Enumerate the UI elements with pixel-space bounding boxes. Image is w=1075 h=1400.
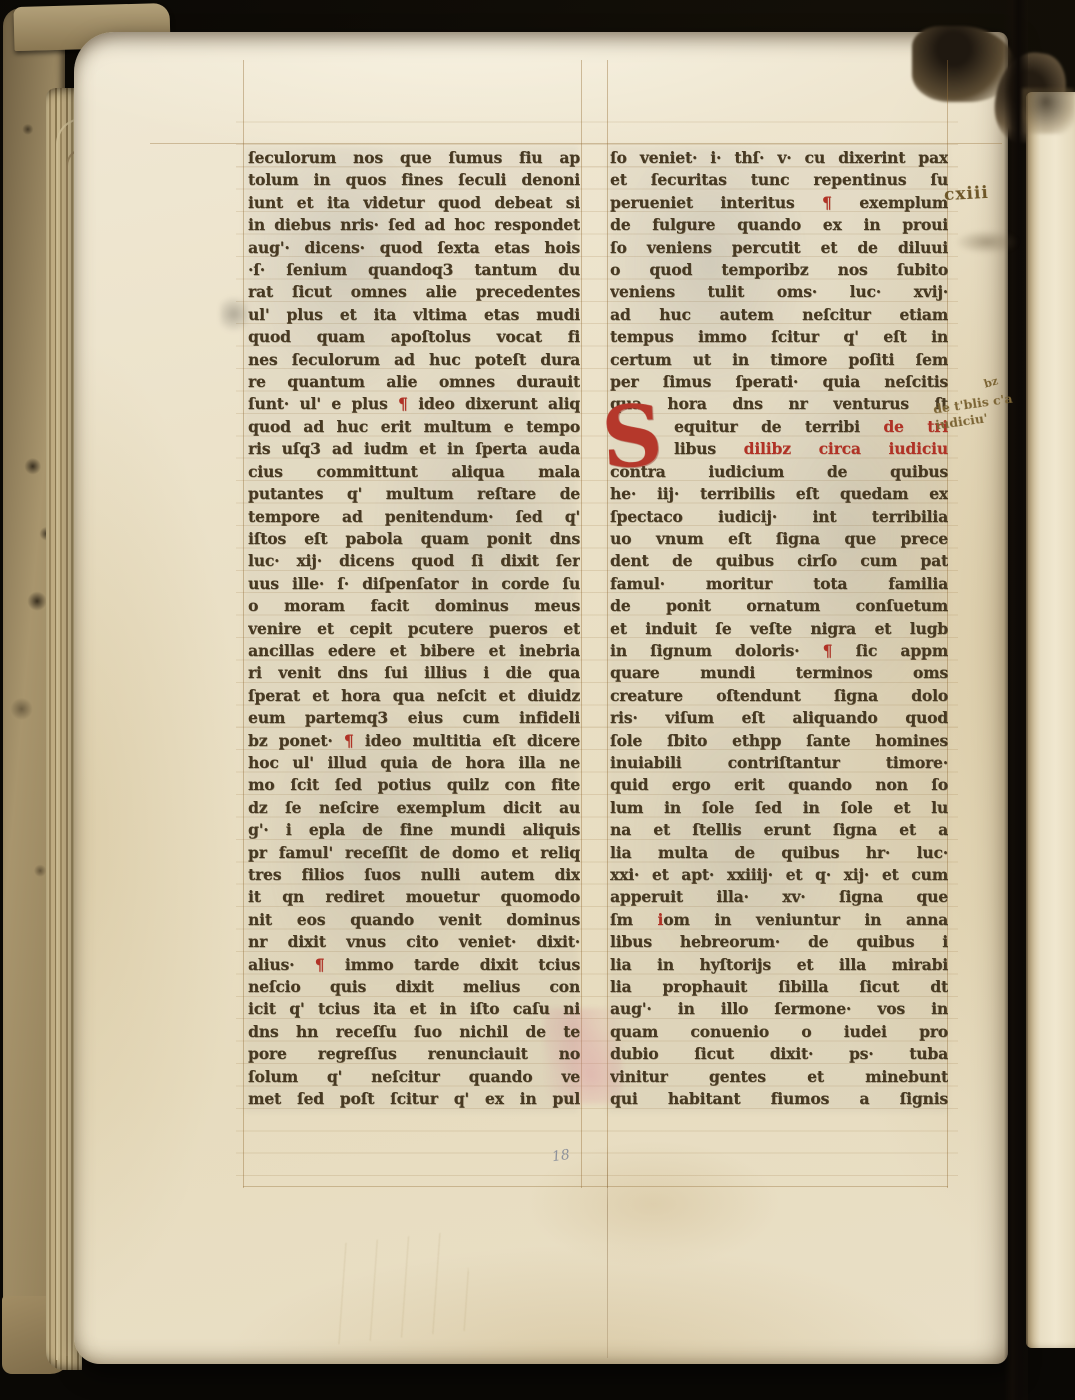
manuscript-text-line: in ſignum doloris· ¶ ſic appm <box>610 640 948 662</box>
manuscript-text-line: pr famul' receſſit de domo et reliq <box>248 842 580 864</box>
ink-text: ris· viſum eſt aliquando quod <box>610 708 948 727</box>
ink-text: quam conuenio o iudei pro <box>610 1022 948 1041</box>
manuscript-text-line: aug'· in illo ſermone· vos in <box>610 998 948 1020</box>
ink-text: qui habitant fiumos a ſignis <box>610 1089 948 1108</box>
ink-text: libus <box>674 439 744 458</box>
manuscript-text-line: nit eos quando venit dominus <box>248 909 580 931</box>
manuscript-text-line: tolum in quos fines ſeculi denoni <box>248 169 580 191</box>
manuscript-text-line: ſo veniet· i· thſ· v· cu dixerint pax <box>610 147 948 169</box>
ink-text: lum in ſole ſed in ſole et lu <box>610 798 948 817</box>
pencil-foliation-number: 18 <box>551 1147 571 1165</box>
ink-text: lia in hyſtorijs et illa mirabi <box>610 955 948 974</box>
ink-text: dz ſe neſcire exemplum dicit au <box>248 798 580 817</box>
ink-text: lia prophauit ſibilla ſicut dt <box>610 977 948 996</box>
manuscript-text-line: eum partemq3 eius cum infideli <box>248 707 580 729</box>
ink-text: uo vnum eſt ſigna que prece <box>610 529 948 548</box>
parchment-crease <box>607 1140 608 1358</box>
ink-text: g'· i epla de fine mundi aliquis <box>248 820 580 839</box>
ink-text: nes ſeculorum ad huc poteſt dura <box>248 350 580 369</box>
ink-text: na et ſtellis erunt ſigna et a <box>610 820 948 839</box>
torn-top-edge <box>86 26 998 41</box>
manuscript-text-line: iſtos eſt pabola quam ponit dns <box>248 528 580 550</box>
margin-smudge <box>220 292 248 336</box>
ink-text: rat ſicut omnes alie precedentes <box>248 282 580 301</box>
ink-text: immo tarde dixit tcius <box>324 955 580 974</box>
ink-text: hoc ul' illud quia de hora illa ne <box>248 753 580 772</box>
manuscript-text-line: tres filios ſuos nulli autem dix <box>248 864 580 886</box>
faded-offset-mark <box>956 230 1018 254</box>
text-column-left: ſeculorum nos que ſumus fiu aptolum in q… <box>248 147 580 1110</box>
rubric-text: ¶ <box>822 193 832 212</box>
parchment-scratches <box>315 1230 475 1345</box>
ink-text: pr famul' receſſit de domo et reliq <box>248 843 580 862</box>
ink-text: ſpectaco iudicij· int terribilia <box>610 507 948 526</box>
manuscript-text-line: ·ſ· ſenium quandoq3 tantum du <box>248 259 580 281</box>
ink-text: aug'· in illo ſermone· vos in <box>610 999 948 1018</box>
ink-text: nr dixit vnus cito veniet· dixit· <box>248 932 580 951</box>
manuscript-text-line: dubio ſicut dixit· ps· tuba <box>610 1043 948 1065</box>
manuscript-text-line: perueniet interitus ¶ exemplum <box>610 192 948 214</box>
rubric-text: ¶ <box>315 955 325 974</box>
ink-text: ſo veniens percutit et de diluui <box>610 238 948 257</box>
manuscript-text-line: g'· i epla de fine mundi aliquis <box>248 819 580 841</box>
ink-text: ſm <box>610 910 657 929</box>
ink-text: it qn rediret mouetur quomodo <box>248 887 580 906</box>
ink-text: de ponit ornatum conſuetum <box>610 596 948 615</box>
manuscript-text-line: na et ſtellis erunt ſigna et a <box>610 819 948 841</box>
manuscript-text-line: met ſed poſt ſcitur q' ex in pul <box>248 1088 580 1110</box>
ink-text: icit q' tcius ita et in iſto caſu ni <box>248 999 580 1018</box>
ink-text: apperuit illa· xv· ſigna que <box>610 887 948 906</box>
manuscript-text-line: nr dixit vnus cito veniet· dixit· <box>248 931 580 953</box>
manuscript-text-line: qui habitant fiumos a ſignis <box>610 1088 948 1110</box>
ink-text: quod ad huc erit multum e tempo <box>248 417 580 436</box>
ink-text: met ſed poſt ſcitur q' ex in pul <box>248 1089 580 1108</box>
manuscript-text-line: uo vnum eſt ſigna que prece <box>610 528 948 550</box>
ink-text: quare mundi terminos oms <box>610 663 948 682</box>
manuscript-text-line: xxi· et apt· xxiiij· et q· xij· et cum <box>610 864 948 886</box>
ink-text: nit eos quando venit dominus <box>248 910 580 929</box>
folio-number: cxiii <box>944 183 990 205</box>
manuscript-text-line: ſperat et hora qua neſcit et diuidz <box>248 685 580 707</box>
manuscript-text-line: ſeculorum nos que ſumus fiu ap <box>248 147 580 169</box>
ink-text: dent de quibus cirſo cum pat <box>610 551 948 570</box>
ink-text: quod quam apoſtolus vocat fi <box>248 327 580 346</box>
manuscript-text-line: rat ſicut omnes alie precedentes <box>248 281 580 303</box>
ink-text: et ſecuritas tunc repentinus ſu <box>610 170 948 189</box>
ink-text: perueniet interitus <box>610 193 822 212</box>
ink-text: ſolum q' neſcitur quando ve <box>248 1067 580 1086</box>
ink-text: re quantum alie omnes durauit <box>248 372 580 391</box>
ink-text: aug'· dicens· quod ſexta etas hois <box>248 238 580 257</box>
ink-text: per ſimus ſperati· quia neſcitis <box>610 372 948 391</box>
ink-text: vinitur gentes et minebunt <box>610 1067 948 1086</box>
manuscript-text-line: quod quam apoſtolus vocat fi <box>248 326 580 348</box>
ink-text: inuiabili contriſtantur timore· <box>610 753 948 772</box>
ink-text: ſeculorum nos que ſumus fiu ap <box>248 148 580 167</box>
facing-page-edge <box>1026 92 1075 1348</box>
manuscript-text-line: ſole ſbito ethpp ſante homines <box>610 730 948 752</box>
ink-text: equitur de terribi <box>674 417 883 436</box>
manuscript-text-line: tempus immo ſcitur q' eſt in <box>610 326 948 348</box>
ink-text: eum partemq3 eius cum infideli <box>248 708 580 727</box>
ink-text: om in veniuntur in anna <box>663 910 948 929</box>
ink-text: ſo veniet· i· thſ· v· cu dixerint pax <box>610 148 948 167</box>
ink-text: ·ſ· ſenium quandoq3 tantum du <box>248 260 580 279</box>
manuscript-text-line: lum in ſole ſed in ſole et lu <box>610 797 948 819</box>
manuscript-text-line: et ſecuritas tunc repentinus ſu <box>610 169 948 191</box>
manuscript-text-line: ſunt· ul' e plus ¶ ideo dixerunt aliq <box>248 393 580 415</box>
manuscript-text-line: mo ſcit ſed potius quilz con fite <box>248 774 580 796</box>
manuscript-text-line: re quantum alie omnes durauit <box>248 371 580 393</box>
manuscript-text-line: ri venit dns ſui illius i die qua <box>248 662 580 684</box>
ink-text: iunt et ita videtur quod debeat si <box>248 193 580 212</box>
ink-text: in diebus nris· ſed ad hoc respondet <box>248 215 580 234</box>
ink-text: pore regreſſus renunciauit no <box>248 1044 580 1063</box>
rubric-text: ¶ <box>398 394 408 413</box>
manuscript-text-line: tempore ad penitendum· ſed q' <box>248 506 580 528</box>
manuscript-text-line: ad huc autem neſcitur etiam <box>610 304 948 326</box>
ink-text: putantes q' multum reſtare de <box>248 484 580 503</box>
ink-text: in ſignum doloris· <box>610 641 823 660</box>
ink-text: xxi· et apt· xxiiij· et q· xij· et cum <box>610 865 948 884</box>
text-column-right: ſo veniet· i· thſ· v· cu dixerint paxet … <box>610 147 948 1110</box>
manuscript-text-line: ul' plus et ita vltima etas mudi <box>248 304 580 326</box>
rubricated-initial-s: S <box>600 402 670 481</box>
ink-text: ideo dixerunt aliq <box>408 394 580 413</box>
ink-text: ancillas edere et bibere et inebria <box>248 641 580 660</box>
ink-text: ſic appm <box>832 641 948 660</box>
ink-text: ſole ſbito ethpp ſante homines <box>610 731 948 750</box>
ink-text: ad huc autem neſcitur etiam <box>610 305 948 324</box>
manuscript-text-line: quare mundi terminos oms <box>610 662 948 684</box>
ink-text: ri venit dns ſui illius i die qua <box>248 663 580 682</box>
ink-text: luc· xij· dicens quod ſi dixit ſer <box>248 551 580 570</box>
ink-text: he· iij· terribilis eſt quedam ex <box>610 484 948 503</box>
ink-text: ideo multitia eſt dicere <box>354 731 580 750</box>
manuscript-text-line: per ſimus ſperati· quia neſcitis <box>610 371 948 393</box>
manuscript-text-line: quam conuenio o iudei pro <box>610 1021 948 1043</box>
manuscript-text-line: certum ut in timore poſiti ſem <box>610 349 948 371</box>
manuscript-text-line: o quod temporibz nos ſubito <box>610 259 948 281</box>
manuscript-text-line: vinitur gentes et minebunt <box>610 1066 948 1088</box>
ink-text: tolum in quos fines ſeculi denoni <box>248 170 580 189</box>
manuscript-text-line: hoc ul' illud quia de hora illa ne <box>248 752 580 774</box>
manuscript-text-line: veniens tulit oms· luc· xvij· <box>610 281 948 303</box>
ink-text: tempore ad penitendum· ſed q' <box>248 507 580 526</box>
manuscript-text-line: apperuit illa· xv· ſigna que <box>610 886 948 908</box>
manuscript-text-line: dns hn receſſu ſuo nichil de te <box>248 1021 580 1043</box>
manuscript-text-line: uus ille· ſ· diſpenſator in corde ſu <box>248 573 580 595</box>
vertical-ruling-line <box>243 60 244 1188</box>
manuscript-text-line: putantes q' multum reſtare de <box>248 483 580 505</box>
ink-text: exemplum <box>832 193 948 212</box>
page-gutter-shadow <box>1004 0 1028 1400</box>
manuscript-text-line: inuiabili contriſtantur timore· <box>610 752 948 774</box>
ink-text: ul' plus et ita vltima etas mudi <box>248 305 580 324</box>
manuscript-text-line: ancillas edere et bibere et inebria <box>248 640 580 662</box>
manuscript-text-line: venire et cepit pcutere pueros et <box>248 618 580 640</box>
manuscript-text-line: pore regreſſus renunciauit no <box>248 1043 580 1065</box>
ink-text: quid ergo erit quando non ſo <box>610 775 948 794</box>
ink-text: tres filios ſuos nulli autem dix <box>248 865 580 884</box>
manuscript-text-line: ris uſq3 ad iudm et in ſperta auda <box>248 438 580 460</box>
manuscript-text-line: in diebus nris· ſed ad hoc respondet <box>248 214 580 236</box>
ink-text: ſperat et hora qua neſcit et diuidz <box>248 686 580 705</box>
manuscript-text-line: bz ponet· ¶ ideo multitia eſt dicere <box>248 730 580 752</box>
ink-text: neſcio quis dixit melius con <box>248 977 580 996</box>
manuscript-text-line: ſm iom in veniuntur in anna <box>610 909 948 931</box>
ink-text: libus hebreorum· de quibus i <box>610 932 948 951</box>
manuscript-text-line: o moram facit dominus meus <box>248 595 580 617</box>
ink-text: venire et cepit pcutere pueros et <box>248 619 580 638</box>
ink-text: o quod temporibz nos ſubito <box>610 260 948 279</box>
manuscript-text-line: lia prophauit ſibilla ſicut dt <box>610 976 948 998</box>
ink-text: cius committunt aliqua mala <box>248 462 580 481</box>
ink-text: ris uſq3 ad iudm et in ſperta auda <box>248 439 580 458</box>
manuscript-text-line: creature oſtendunt ſigna dolo <box>610 685 948 707</box>
manuscript-text-line: cius committunt aliqua mala <box>248 461 580 483</box>
manuscript-text-line: lia in hyſtorijs et illa mirabi <box>610 954 948 976</box>
facing-page-torn-corner <box>1022 88 1075 134</box>
manuscript-text-line: quid ergo erit quando non ſo <box>610 774 948 796</box>
manuscript-text-line: ſpectaco iudicij· int terribilia <box>610 506 948 528</box>
manuscript-text-line: neſcio quis dixit melius con <box>248 976 580 998</box>
ink-text: tempus immo ſcitur q' eſt in <box>610 327 948 346</box>
manuscript-text-line: nes ſeculorum ad huc poteſt dura <box>248 349 580 371</box>
manuscript-photo: ſeculorum nos que ſumus fiu aptolum in q… <box>0 0 1075 1400</box>
manuscript-text-line: ris· viſum eſt aliquando quod <box>610 707 948 729</box>
manuscript-text-line: quod ad huc erit multum e tempo <box>248 416 580 438</box>
ink-text: mo ſcit ſed potius quilz con fite <box>248 775 580 794</box>
ink-text: iſtos eſt pabola quam ponit dns <box>248 529 580 548</box>
ink-text: famul· moritur tota familia <box>610 574 948 593</box>
manuscript-text-line: dz ſe neſcire exemplum dicit au <box>248 797 580 819</box>
manuscript-text-line: iunt et ita videtur quod debeat si <box>248 192 580 214</box>
ink-text: ſunt· ul' e plus <box>248 394 398 413</box>
ink-text: alius· <box>248 955 315 974</box>
manuscript-text-line: ſo veniens percutit et de diluui <box>610 237 948 259</box>
ink-text: o moram facit dominus meus <box>248 596 580 615</box>
manuscript-text-line: de fulgure quando ex in proui <box>610 214 948 236</box>
ink-text: et induit ſe veſte nigra et lugb <box>610 619 948 638</box>
ink-text: dns hn receſſu ſuo nichil de te <box>248 1022 580 1041</box>
manuscript-text-line: he· iij· terribilis eſt quedam ex <box>610 483 948 505</box>
manuscript-text-line: icit q' tcius ita et in iſto caſu ni <box>248 998 580 1020</box>
ink-text: lia multa de quibus hr· luc· <box>610 843 948 862</box>
ink-text: certum ut in timore poſiti ſem <box>610 350 948 369</box>
manuscript-text-line: it qn rediret mouetur quomodo <box>248 886 580 908</box>
manuscript-text-line: et induit ſe veſte nigra et lugb <box>610 618 948 640</box>
manuscript-text-line: lia multa de quibus hr· luc· <box>610 842 948 864</box>
ink-text: uus ille· ſ· diſpenſator in corde ſu <box>248 574 580 593</box>
manuscript-text-line: dent de quibus cirſo cum pat <box>610 550 948 572</box>
manuscript-text-line: ſolum q' neſcitur quando ve <box>248 1066 580 1088</box>
ink-text: dubio ſicut dixit· ps· tuba <box>610 1044 948 1063</box>
ink-text: de fulgure quando ex in proui <box>610 215 948 234</box>
top-ruling-line <box>150 143 1002 144</box>
ink-text: veniens tulit oms· luc· xvij· <box>610 282 948 301</box>
rubric-text: ¶ <box>344 731 354 750</box>
rubric-text: dilibz circa iudiciu <box>744 439 948 458</box>
manuscript-text-line: aug'· dicens· quod ſexta etas hois <box>248 237 580 259</box>
bottom-ruling-line <box>243 1186 948 1187</box>
rubric-text: ¶ <box>823 641 833 660</box>
manuscript-text-line: libus hebreorum· de quibus i <box>610 931 948 953</box>
manuscript-text-line: famul· moritur tota familia <box>610 573 948 595</box>
ink-text: bz ponet· <box>248 731 344 750</box>
ink-text: creature oſtendunt ſigna dolo <box>610 686 948 705</box>
manuscript-text-line: alius· ¶ immo tarde dixit tcius <box>248 954 580 976</box>
manuscript-text-line: de ponit ornatum conſuetum <box>610 595 948 617</box>
manuscript-text-line: luc· xij· dicens quod ſi dixit ſer <box>248 550 580 572</box>
